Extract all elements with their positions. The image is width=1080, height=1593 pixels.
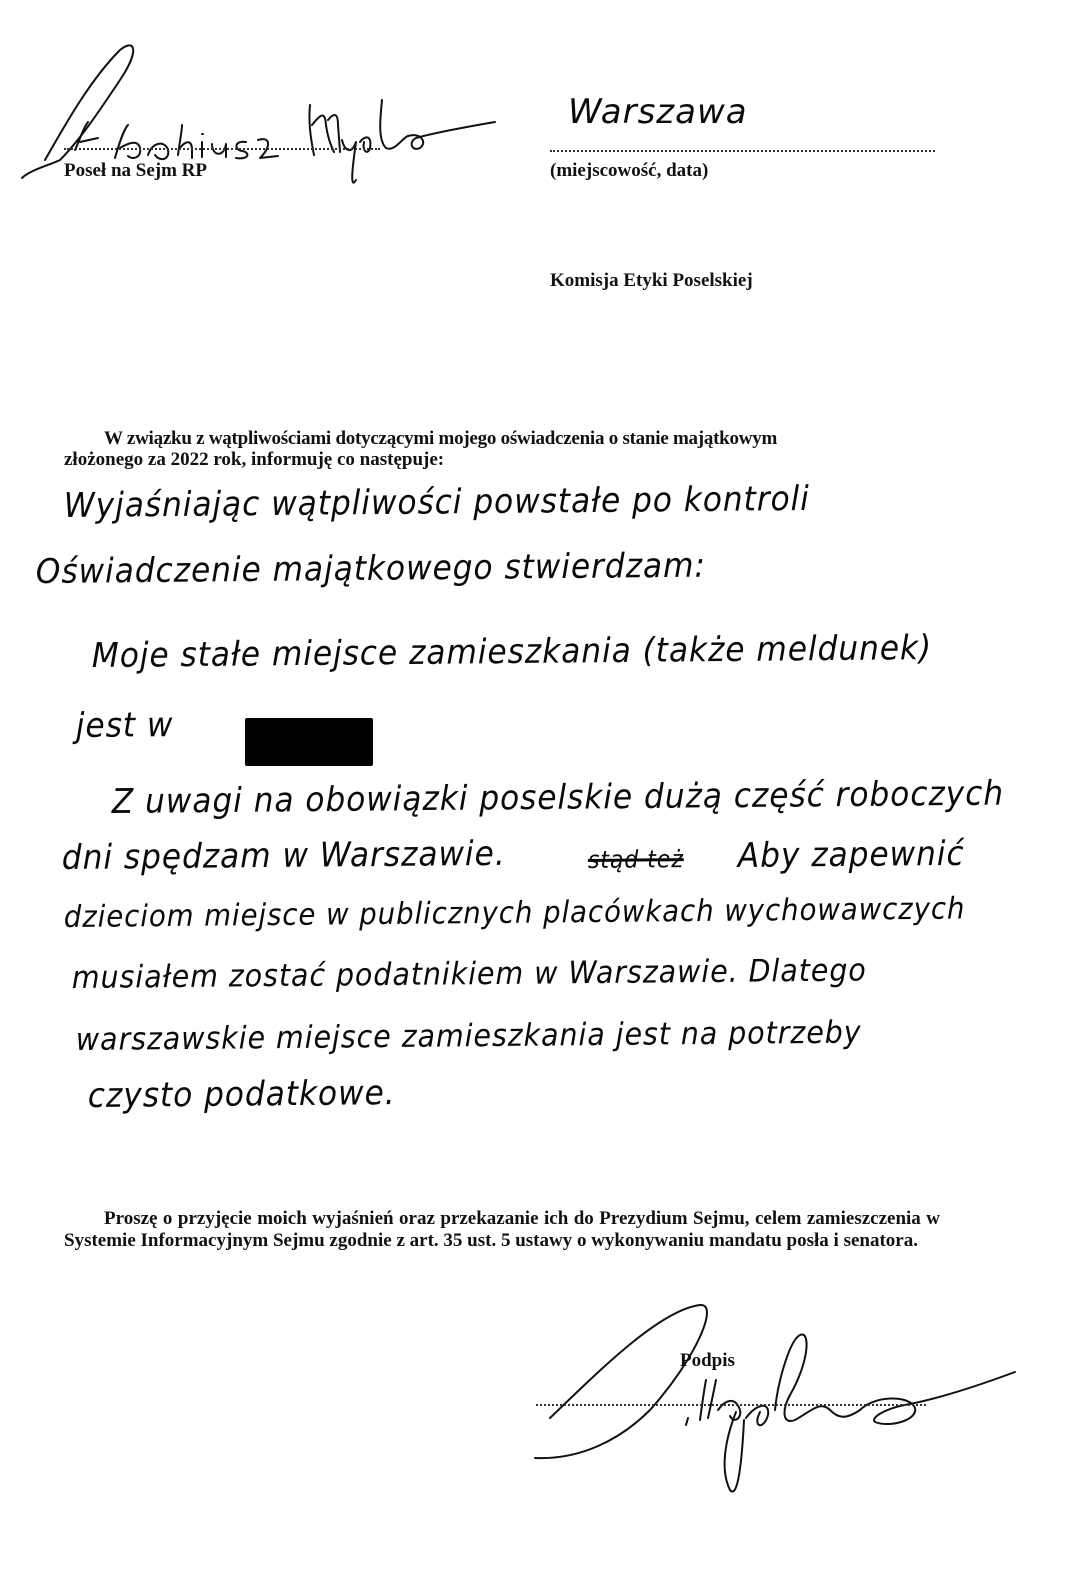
recipient: Komisja Etyki Poselskiej [550,270,753,292]
handwritten-line-8: musiałem zostać podatnikiem w Warszawie.… [72,952,867,996]
closing-signature [520,1300,1020,1500]
signature-label: Podpis [680,1350,735,1372]
intro-line-1: W związku z wątpliwościami dotyczącymi m… [104,428,954,450]
handwritten-line-7: dzieciom miejsce w publicznych placówkac… [64,891,966,935]
handwritten-line-6: dni spędzam w Warszawie. [62,834,506,878]
handwritten-line-4: jest w [76,705,174,746]
closing-text: Proszę o przyjęcie moich wyjaśnień oraz … [64,1208,940,1251]
mp-signature-line [64,148,380,150]
handwritten-line-10: czysto podatkowe. [88,1073,396,1116]
closing-paragraph: Proszę o przyjęcie moich wyjaśnień oraz … [64,1208,940,1252]
handwritten-line-3: Moje stałe miejsce zamieszkania (także m… [92,628,933,676]
handwritten-line-1: Wyjaśniając wątpliwości powstałe po kont… [64,479,810,526]
handwritten-line-5: Z uwagi na obowiązki poselskie dużą częś… [112,774,1004,822]
mp-label: Poseł na Sejm RP [64,160,207,182]
place-date-line [550,150,935,152]
place-handwritten: Warszawa [568,92,748,132]
handwritten-line-6b: Aby zapewnić [738,834,965,876]
redacted-location [245,718,373,766]
intro-line-2: złożonego za 2022 rok, informuję co nast… [64,449,444,471]
handwritten-line-9: warszawskie miejsce zamieszkania jest na… [76,1015,862,1058]
place-date-label: (miejscowość, data) [550,160,708,182]
struck-text: stąd też [588,845,684,874]
signature-line [536,1404,926,1406]
handwritten-line-2: Oświadczenie majątkowego stwierdzam: [36,546,706,592]
